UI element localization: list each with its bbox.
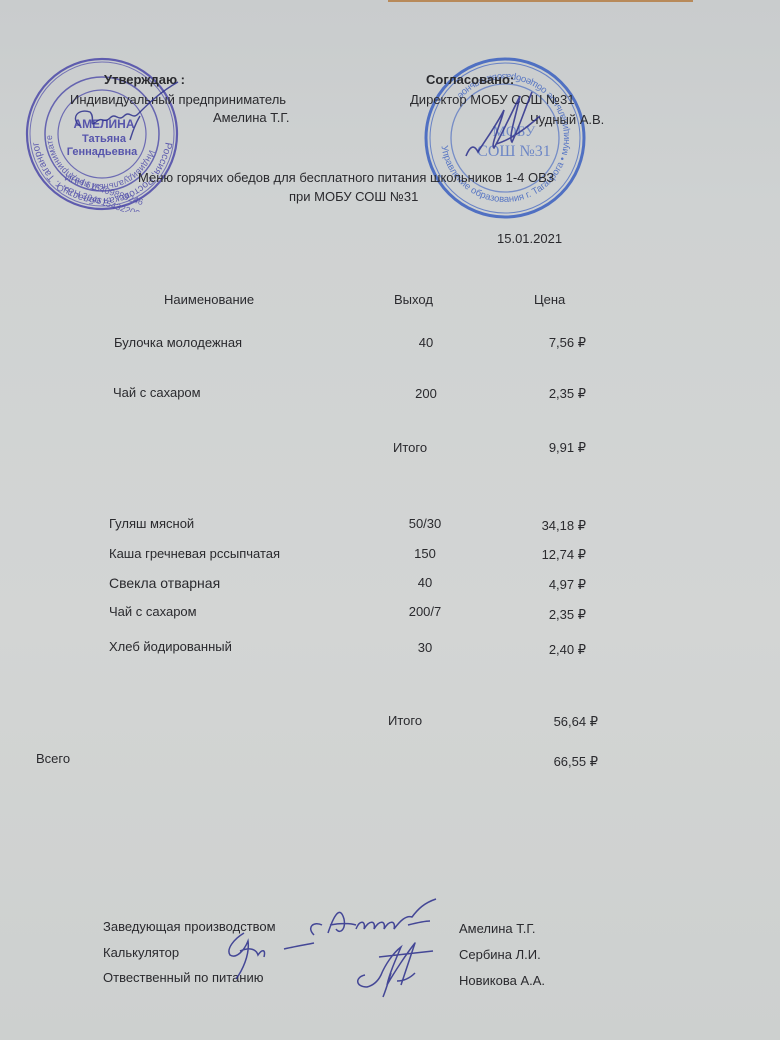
header-name: Наименование (164, 292, 254, 307)
svg-text:Татьяна: Татьяна (82, 133, 127, 145)
row-price: 7,56 ₽ (496, 335, 586, 351)
row-name: Каша гречневая рссыпчатая (109, 546, 280, 561)
row-name: Булочка молодежная (114, 335, 242, 350)
approval-heading: Утверждаю : (104, 72, 185, 87)
header-price: Цена (534, 292, 565, 307)
signature-role: Калькулятор (103, 945, 179, 960)
row-name: Хлеб йодированный (109, 639, 232, 654)
svg-text:ИНН 615409889246: ИНН 615409889246 (63, 172, 144, 207)
svg-text:СОШ №31: СОШ №31 (477, 143, 551, 160)
subtotal-label: Итого (393, 440, 427, 455)
row-price: 2,35 ₽ (496, 607, 586, 623)
row-name: Чай с сахаром (109, 604, 197, 619)
signature-novikova-icon (345, 935, 445, 1005)
agreement-heading: Согласовано: (426, 72, 514, 87)
subtotal-value: 56,64 ₽ (508, 714, 598, 730)
header-yield: Выход (394, 292, 433, 307)
row-yield: 200/7 (385, 604, 465, 619)
signature-role: Заведующая производством (103, 919, 276, 934)
signature-name: Сербина Л.И. (459, 947, 541, 962)
row-yield: 50/30 (385, 516, 465, 531)
approval-position: Индивидуальный предприниматель (70, 92, 286, 107)
row-yield: 150 (385, 546, 465, 561)
row-price: 4,97 ₽ (496, 577, 586, 593)
row-name: Гуляш мясной (109, 516, 194, 531)
signature-name: Амелина Т.Г. (459, 921, 535, 936)
row-price: 2,35 ₽ (496, 386, 586, 402)
subtotal-value: 9,91 ₽ (496, 440, 586, 456)
row-yield: 200 (386, 386, 466, 401)
row-price: 2,40 ₽ (496, 642, 586, 658)
row-price: 12,74 ₽ (496, 547, 586, 563)
agreement-name: Чудный А.В. (530, 112, 604, 127)
signature-role: Отвественный по питанию (103, 970, 264, 985)
agreement-position: Директор МОБУ СОШ №31 (410, 92, 574, 107)
grand-total-label: Всего (36, 751, 70, 766)
title-line-2: при МОБУ СОШ №31 (289, 189, 418, 204)
signature-approval-icon (60, 78, 190, 148)
row-price: 34,18 ₽ (496, 518, 586, 534)
svg-text:Геннадьевна: Геннадьевна (67, 146, 138, 158)
approval-name: Амелина Т.Г. (213, 110, 289, 125)
row-name: Свекла отварная (109, 575, 220, 591)
signature-name: Новикова А.А. (459, 973, 545, 988)
paper-edge (388, 0, 693, 2)
row-yield: 40 (386, 335, 466, 350)
signature-amelina-icon (300, 895, 450, 945)
svg-text:АМЕЛИНА: АМЕЛИНА (73, 117, 134, 131)
row-name: Чай с сахаром (113, 385, 201, 400)
svg-text:ОГРН 304615432200: ОГРН 304615432200 (55, 182, 141, 212)
row-yield: 30 (385, 640, 465, 655)
title-line-1: Меню горячих обедов для бесплатного пита… (138, 170, 554, 185)
row-yield: 40 (385, 575, 465, 590)
subtotal-label: Итого (388, 713, 422, 728)
date: 15.01.2021 (497, 231, 562, 246)
grand-total-value: 66,55 ₽ (508, 754, 598, 770)
